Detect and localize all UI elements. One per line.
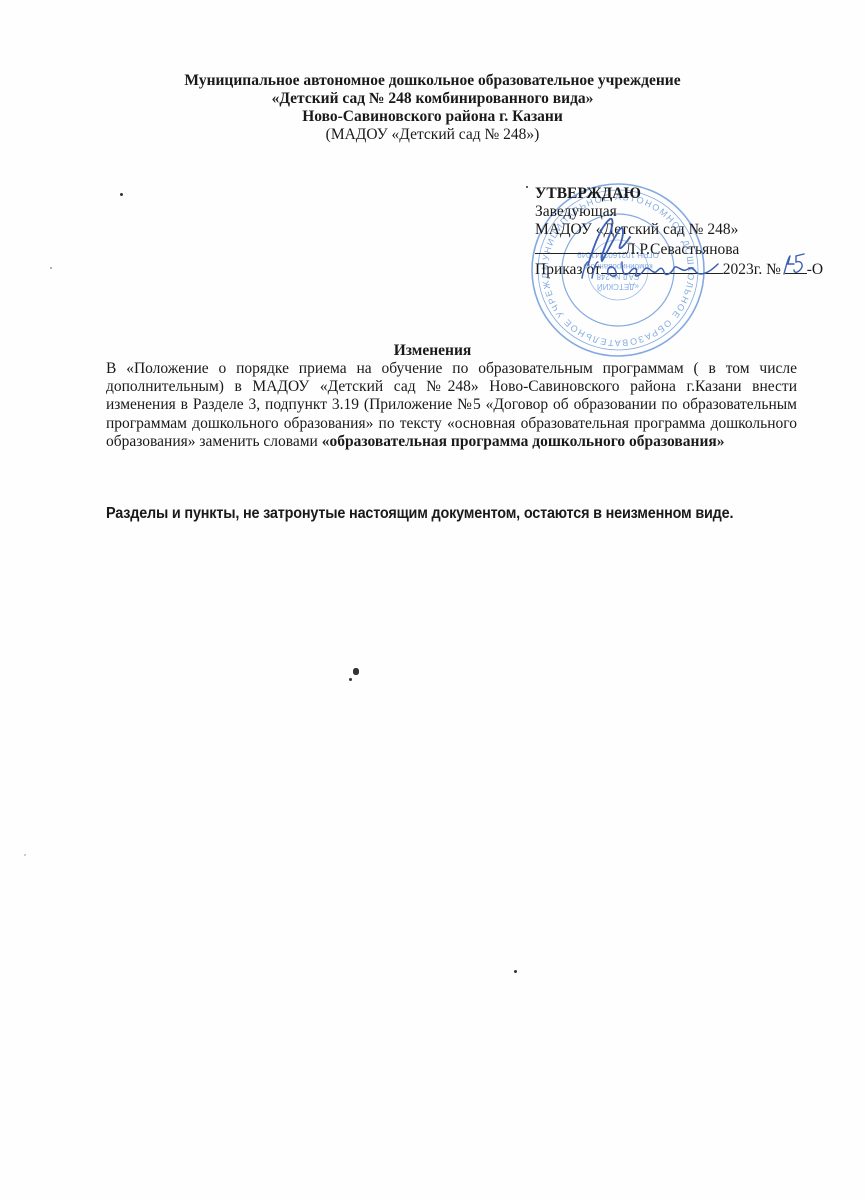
signer-name: Л.Р.Севастьянова <box>625 241 739 258</box>
order-line: Приказ от2023г. № -О <box>535 259 823 279</box>
signature-blank <box>535 239 625 254</box>
order-number-blank <box>785 259 807 274</box>
scan-speck <box>349 678 352 681</box>
scan-speck <box>514 970 517 973</box>
signature-line: Л.Р.Севастьянова <box>535 239 823 259</box>
scan-speck <box>24 854 26 856</box>
order-year: 2023г. № <box>723 261 781 278</box>
header-line-3: Ново-Савиновского района г. Казани <box>0 108 865 126</box>
document-title: Изменения <box>0 342 865 360</box>
svg-text:«ДЕТСКИЙ: «ДЕТСКИЙ <box>597 282 639 291</box>
header-line-1: Муниципальное автономное дошкольное обра… <box>0 72 865 90</box>
approval-title: УТВЕРЖДАЮ <box>535 185 823 203</box>
order-suffix: -О <box>807 261 823 278</box>
header-line-2: «Детский сад № 248 комбинированного вида… <box>0 90 865 108</box>
changes-paragraph: В «Положение о порядке приема на обучени… <box>106 360 797 451</box>
approval-block: УТВЕРЖДАЮ Заведующая МАДОУ «Детский сад … <box>535 185 823 279</box>
header-line-4: (МАДОУ «Детский сад № 248») <box>0 126 865 144</box>
scan-speck <box>120 193 123 196</box>
approver-organization: МАДОУ «Детский сад № 248» <box>535 221 823 239</box>
institution-header: Муниципальное автономное дошкольное обра… <box>0 72 865 144</box>
scan-speck <box>526 186 528 188</box>
order-date-blank <box>601 259 723 274</box>
order-prefix: Приказ от <box>535 261 601 278</box>
document-page: Муниципальное автономное дошкольное обра… <box>0 0 865 1200</box>
final-note: Разделы и пункты, не затронутые настоящи… <box>106 503 797 525</box>
scan-speck <box>353 668 359 675</box>
approver-position: Заведующая <box>535 203 823 221</box>
changes-paragraph-replacement: «образовательная программа дошкольного о… <box>322 433 725 450</box>
scan-speck <box>50 267 52 269</box>
